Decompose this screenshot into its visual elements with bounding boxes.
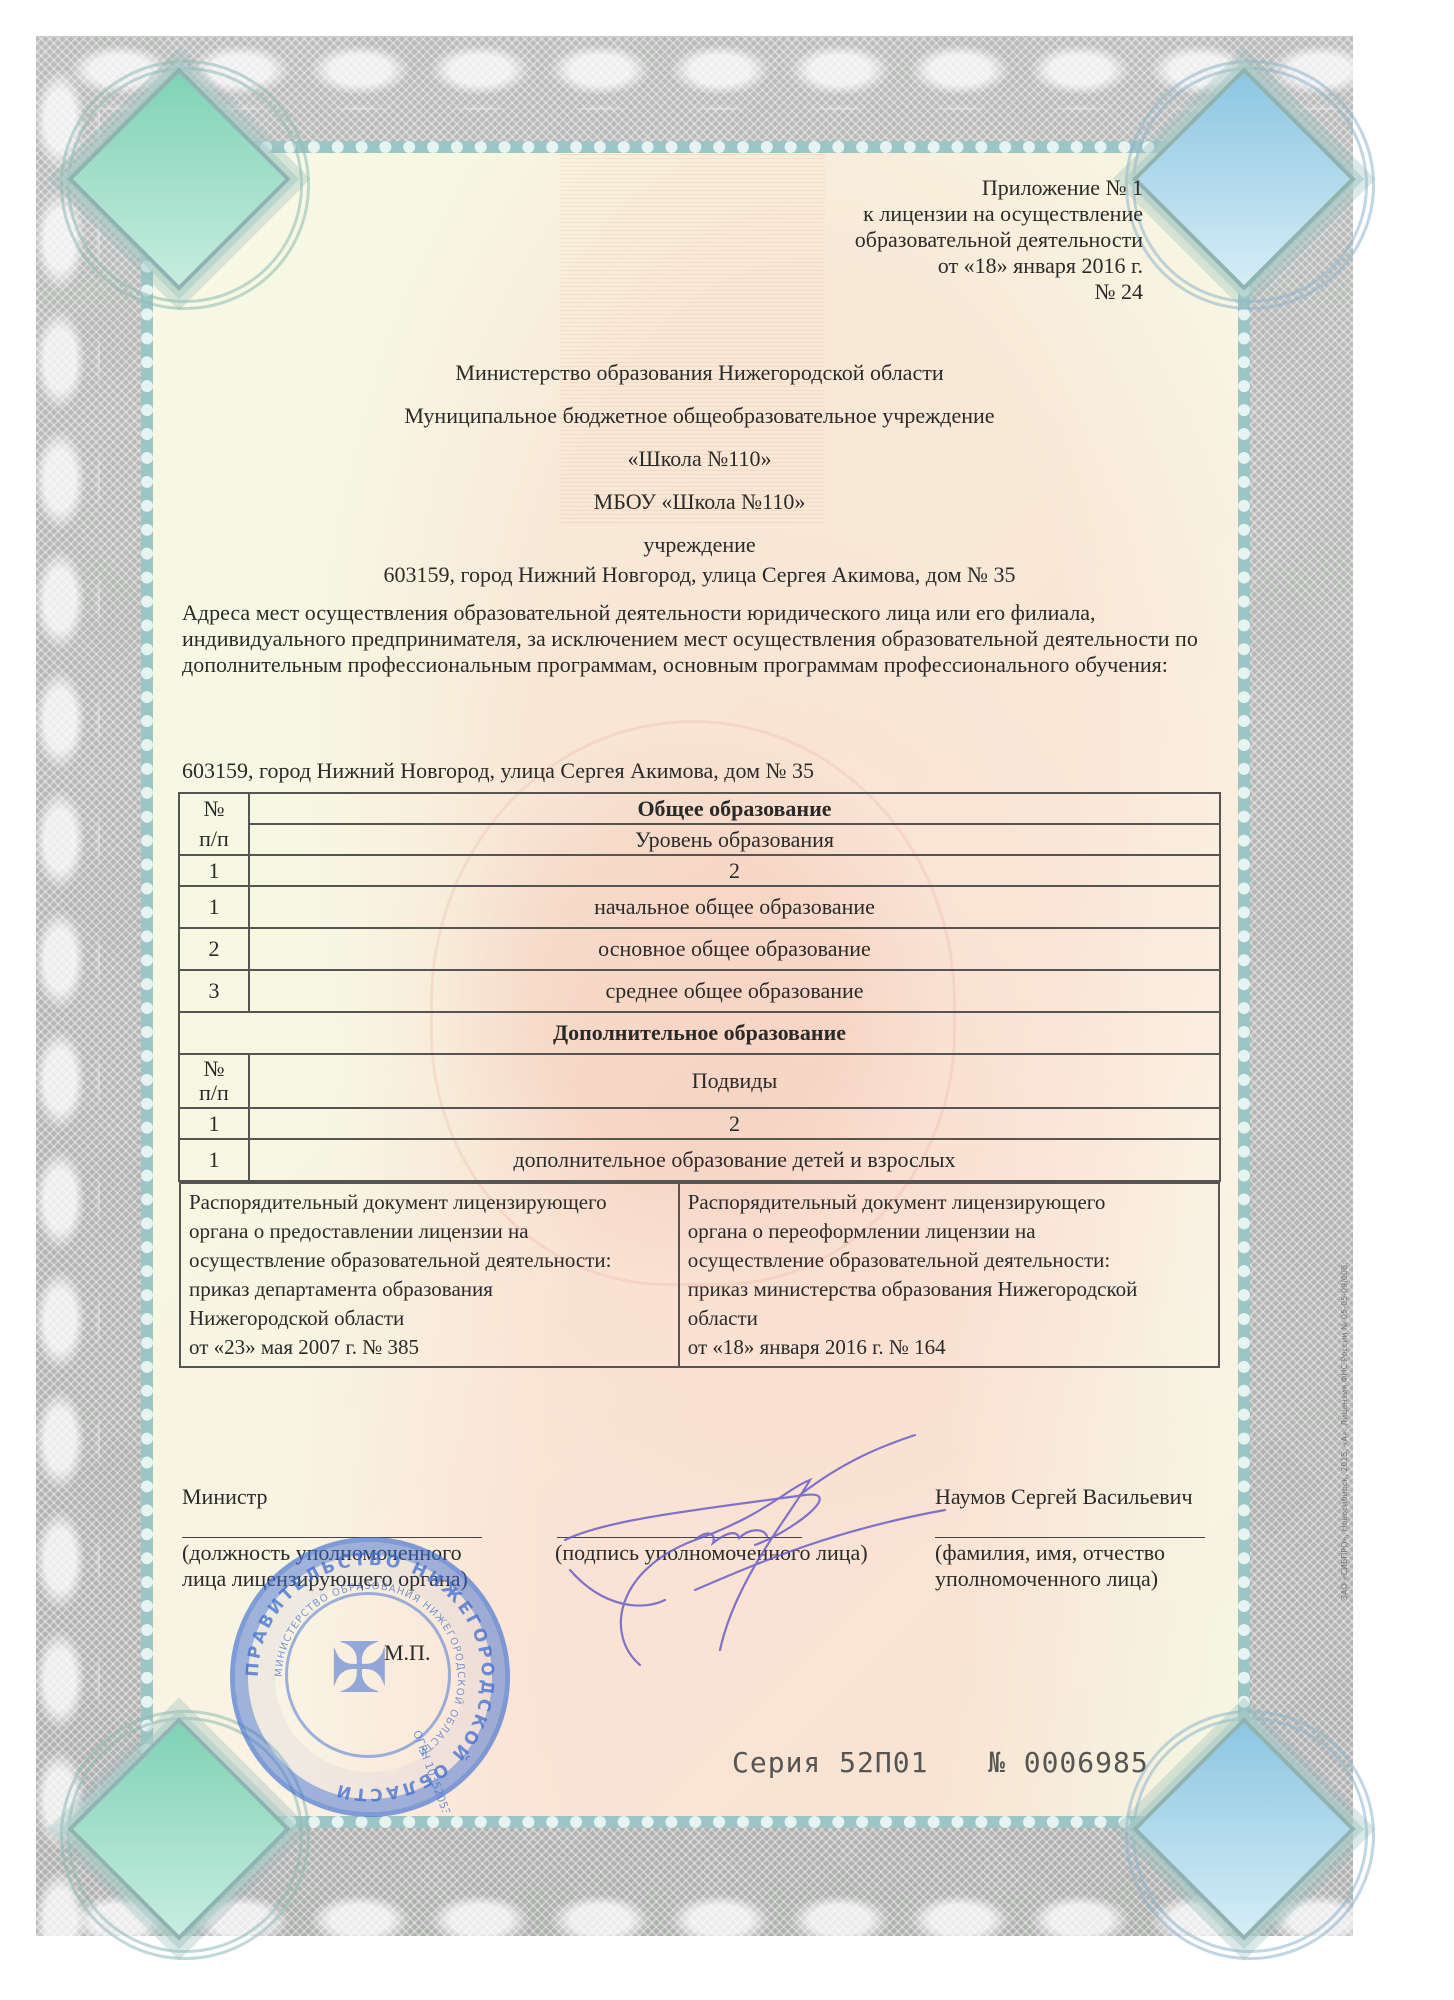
table-row: 1 дополнительное образование детей и взр… xyxy=(179,1139,1220,1181)
additional-education-title: Дополнительное образование xyxy=(179,1012,1220,1054)
form-series: Серия 52П01 xyxy=(732,1746,928,1779)
activity-address: 603159, город Нижний Новгород, улица Сер… xyxy=(182,758,814,784)
official-seal: ПРАВИТЕЛЬСТВО НИЖЕГОРОДСКОЙ ОБЛАСТИ МИНИ… xyxy=(230,1537,510,1817)
table-index-row: 1 2 xyxy=(179,1108,1220,1139)
row-number: 3 xyxy=(179,970,249,1012)
appendix-reference: Приложение № 1 к лицензии на осуществлен… xyxy=(855,175,1143,305)
form-number: № 0006985 xyxy=(988,1746,1149,1779)
table-header-row: № п/п Общее образование xyxy=(179,793,1220,824)
additional-education-title-row: Дополнительное образование xyxy=(179,1012,1220,1054)
reissue-doc-line: области xyxy=(688,1304,1210,1333)
appendix-number: № 24 xyxy=(855,279,1143,305)
organization-full-name: Муниципальное бюджетное общеобразователь… xyxy=(178,403,1221,429)
reissue-doc-date: от «18» января 2016 г. № 164 xyxy=(688,1333,1210,1362)
row-value: среднее общее образование xyxy=(249,970,1220,1012)
handwritten-signature xyxy=(545,1420,965,1700)
number-sign: № xyxy=(204,1056,225,1081)
organization-type: учреждение xyxy=(178,532,1221,558)
reissue-document-cell: Распорядительный документ лицензирующего… xyxy=(679,1183,1219,1367)
row-number: 2 xyxy=(179,928,249,970)
row-number: 1 xyxy=(179,886,249,928)
table-row: 2 основное общее образование xyxy=(179,928,1220,970)
grant-doc-line: осуществление образовательной деятельнос… xyxy=(189,1246,670,1275)
ministry-name: Министерство образования Нижегородской о… xyxy=(178,360,1221,386)
grant-doc-line: Распорядительный документ лицензирующего xyxy=(189,1188,670,1217)
number-column-header: № п/п xyxy=(179,1054,249,1108)
official-position: Министр xyxy=(182,1484,268,1510)
position-underline xyxy=(182,1537,482,1538)
appendix-title: Приложение № 1 xyxy=(855,175,1143,201)
reissue-doc-line: приказ министерства образования Нижегоро… xyxy=(688,1275,1210,1304)
official-name: Наумов Сергей Васильевич xyxy=(935,1484,1193,1510)
double-headed-eagle-icon: ✠ xyxy=(330,1627,389,1710)
reissue-doc-line: органа о переоформлении лицензии на xyxy=(688,1217,1210,1246)
grant-doc-line: приказ департамента образования xyxy=(189,1275,670,1304)
table-header-row: Уровень образования xyxy=(179,824,1220,855)
grant-doc-date: от «23» мая 2007 г. № 385 xyxy=(189,1333,670,1362)
table-row: 1 начальное общее образование xyxy=(179,886,1220,928)
general-education-title: Общее образование xyxy=(249,793,1220,824)
number-abbrev: п/п xyxy=(199,1080,229,1105)
appendix-line: к лицензии на осуществление xyxy=(855,201,1143,227)
index-cell: 1 xyxy=(179,855,249,886)
name-caption-line: уполномоченного лица) xyxy=(935,1566,1165,1592)
number-sign: № xyxy=(204,796,225,821)
reissue-doc-line: осуществление образовательной деятельнос… xyxy=(688,1246,1210,1275)
table-index-row: 1 2 xyxy=(179,855,1220,886)
table-row: 3 среднее общее образование xyxy=(179,970,1220,1012)
organization-name: «Школа №110» xyxy=(178,446,1221,472)
number-column-header: № п/п xyxy=(179,793,249,855)
seal-place-label: М.П. xyxy=(384,1640,430,1666)
number-abbrev: п/п xyxy=(199,826,229,851)
organization-short-name: МБОУ «Школа №110» xyxy=(178,489,1221,515)
documents-container: Распорядительный документ лицензирующего… xyxy=(179,1181,1220,1368)
license-appendix-document: Приложение № 1 к лицензии на осуществлен… xyxy=(0,0,1454,2000)
documents-row: Распорядительный документ лицензирующего… xyxy=(179,1181,1220,1368)
appendix-date: от «18» января 2016 г. xyxy=(855,253,1143,279)
index-cell: 2 xyxy=(249,855,1220,886)
row-value: начальное общее образование xyxy=(249,886,1220,928)
activity-locations-text: Адреса мест осуществления образовательно… xyxy=(182,600,1222,678)
index-cell: 2 xyxy=(249,1108,1220,1139)
printer-imprint: ЗАО «СИБПРО», Новосибирск, 2015, «А». Ли… xyxy=(1340,1262,1349,1600)
row-value: основное общее образование xyxy=(249,928,1220,970)
organization-address: 603159, город Нижний Новгород, улица Сер… xyxy=(178,562,1221,588)
documents-table: Распорядительный документ лицензирующего… xyxy=(179,1182,1220,1368)
grant-document-cell: Распорядительный документ лицензирующего… xyxy=(180,1183,679,1367)
row-value: дополнительное образование детей и взрос… xyxy=(249,1139,1220,1181)
name-caption: (фамилия, имя, отчество уполномоченного … xyxy=(935,1540,1165,1592)
name-underline xyxy=(935,1537,1205,1538)
row-number: 1 xyxy=(179,1139,249,1181)
name-caption-line: (фамилия, имя, отчество xyxy=(935,1540,1165,1566)
appendix-line: образовательной деятельности xyxy=(855,227,1143,253)
grant-doc-line: органа о предоставлении лицензии на xyxy=(189,1217,670,1246)
table-header-row: № п/п Подвиды xyxy=(179,1054,1220,1108)
level-column-header: Уровень образования xyxy=(249,824,1220,855)
grant-doc-line: Нижегородской области xyxy=(189,1304,670,1333)
subtype-column-header: Подвиды xyxy=(249,1054,1220,1108)
reissue-doc-line: Распорядительный документ лицензирующего xyxy=(688,1188,1210,1217)
education-levels-table: № п/п Общее образование Уровень образова… xyxy=(178,792,1221,1368)
index-cell: 1 xyxy=(179,1108,249,1139)
